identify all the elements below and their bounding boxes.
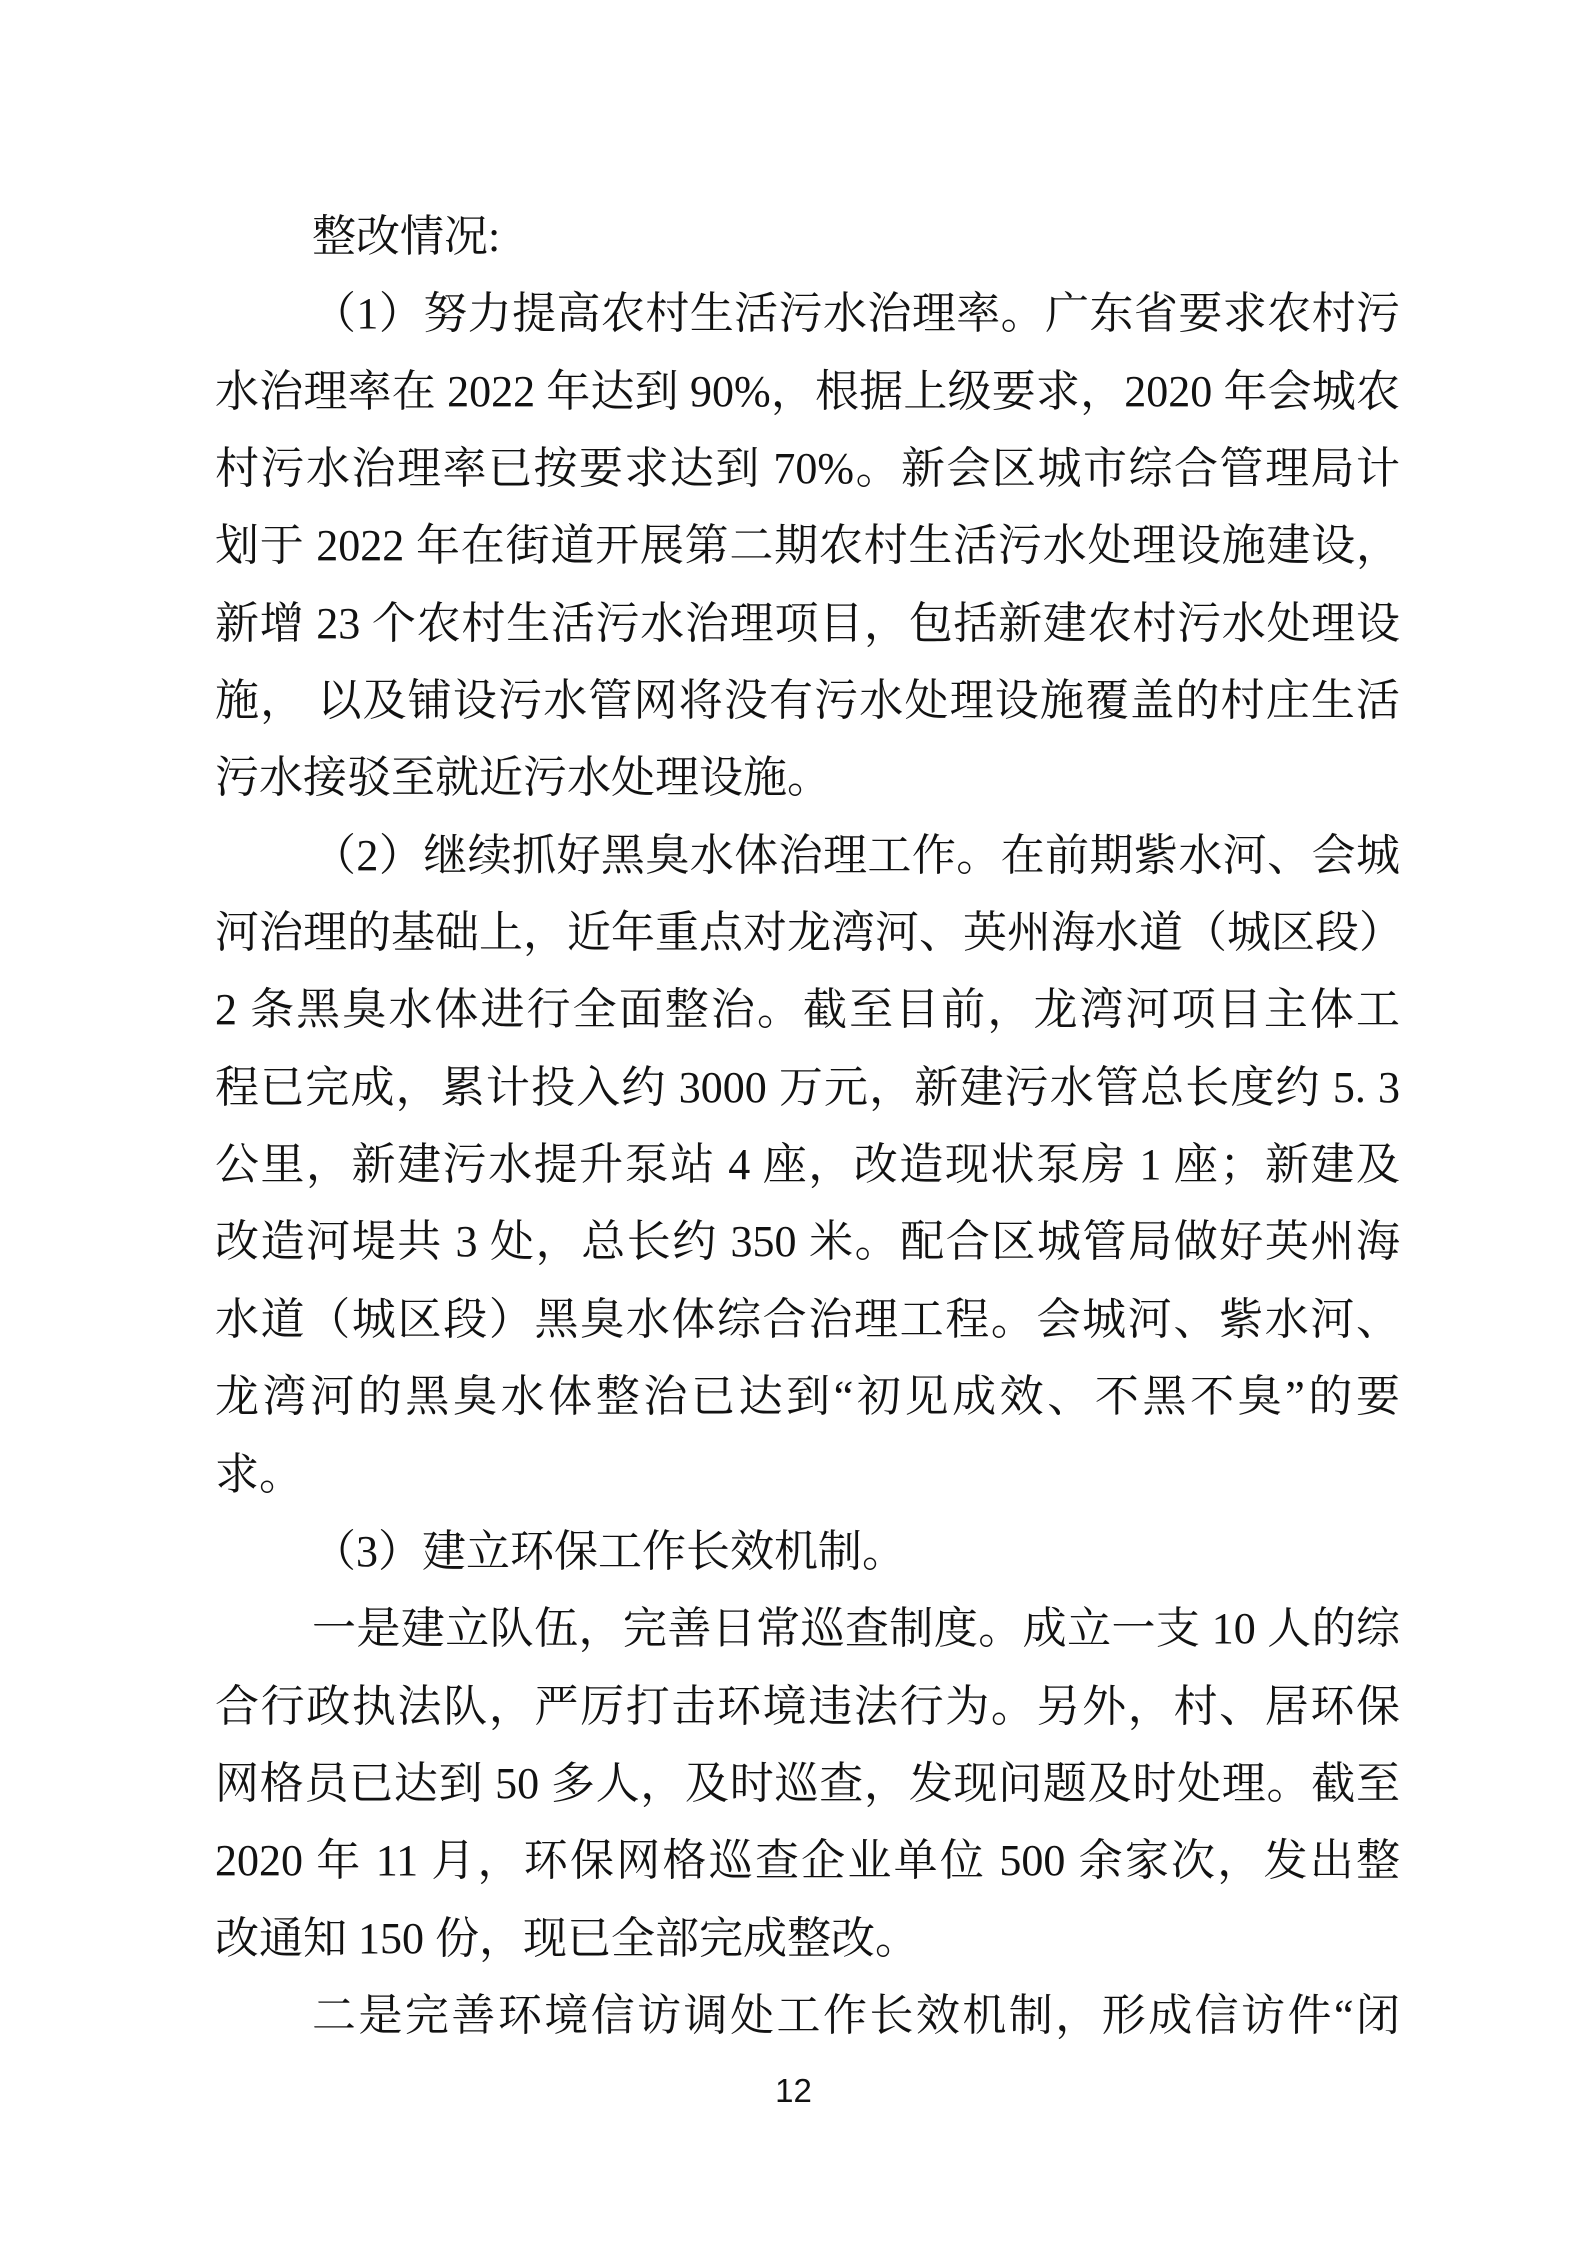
text-line: 水治理率在 2022 年达到 90%，根据上级要求，2020 年会城农 [215,353,1400,430]
text-line: 二是完善环境信访调处工作长效机制，形成信访件“闭 [215,1977,1400,2054]
text-line: 新增 23 个农村生活污水治理项目，包括新建农村污水处理设 [215,585,1400,662]
page-footer: 12 [0,2072,1587,2110]
text-line: 一是建立队伍，完善日常巡查制度。成立一支 10 人的综 [215,1590,1400,1667]
text-line: （3）建立环保工作长效机制。 [215,1513,1400,1590]
text-line: 整改情况: [215,198,1400,275]
text-line: 合行政执法队，严厉打击环境违法行为。另外，村、居环保 [215,1668,1400,1745]
text-line: 改造河堤共 3 处，总长约 350 米。配合区城管局做好英州海 [215,1203,1400,1280]
text-line: 2020 年 11 月，环保网格巡查企业单位 500 余家次，发出整 [215,1822,1400,1899]
text-line: 龙湾河的黑臭水体整治已达到“初见成效、不黑不臭”的要 [215,1358,1400,1435]
text-line: 程已完成，累计投入约 3000 万元，新建污水管总长度约 5. 3 [215,1049,1400,1126]
text-line: （2）继续抓好黑臭水体治理工作。在前期紫水河、会城 [215,817,1400,894]
text-line: （1）努力提高农村生活污水治理率。广东省要求农村污 [215,275,1400,352]
text-line: 2 条黑臭水体进行全面整治。截至目前，龙湾河项目主体工 [215,971,1400,1048]
page-number: 12 [775,2072,812,2109]
text-line: 划于 2022 年在街道开展第二期农村生活污水处理设施建设， [215,507,1400,584]
text-line: 求。 [215,1436,1400,1513]
text-line: 河治理的基础上，近年重点对龙湾河、英州海水道（城区段） [215,894,1400,971]
text-line: 施， 以及铺设污水管网将没有污水处理设施覆盖的村庄生活 [215,662,1400,739]
text-line: 村污水治理率已按要求达到 70%。新会区城市综合管理局计 [215,430,1400,507]
text-line: 水道（城区段）黑臭水体综合治理工程。会城河、紫水河、 [215,1281,1400,1358]
text-line: 网格员已达到 50 多人，及时巡查，发现问题及时处理。截至 [215,1745,1400,1822]
text-line: 改通知 150 份，现已全部完成整改。 [215,1900,1400,1977]
document-page: 整改情况:（1）努力提高农村生活污水治理率。广东省要求农村污水治理率在 2022… [0,0,1587,2245]
text-line: 污水接驳至就近污水处理设施。 [215,739,1400,816]
text-line: 公里，新建污水提升泵站 4 座，改造现状泵房 1 座；新建及 [215,1126,1400,1203]
document-body: 整改情况:（1）努力提高农村生活污水治理率。广东省要求农村污水治理率在 2022… [215,198,1400,2054]
